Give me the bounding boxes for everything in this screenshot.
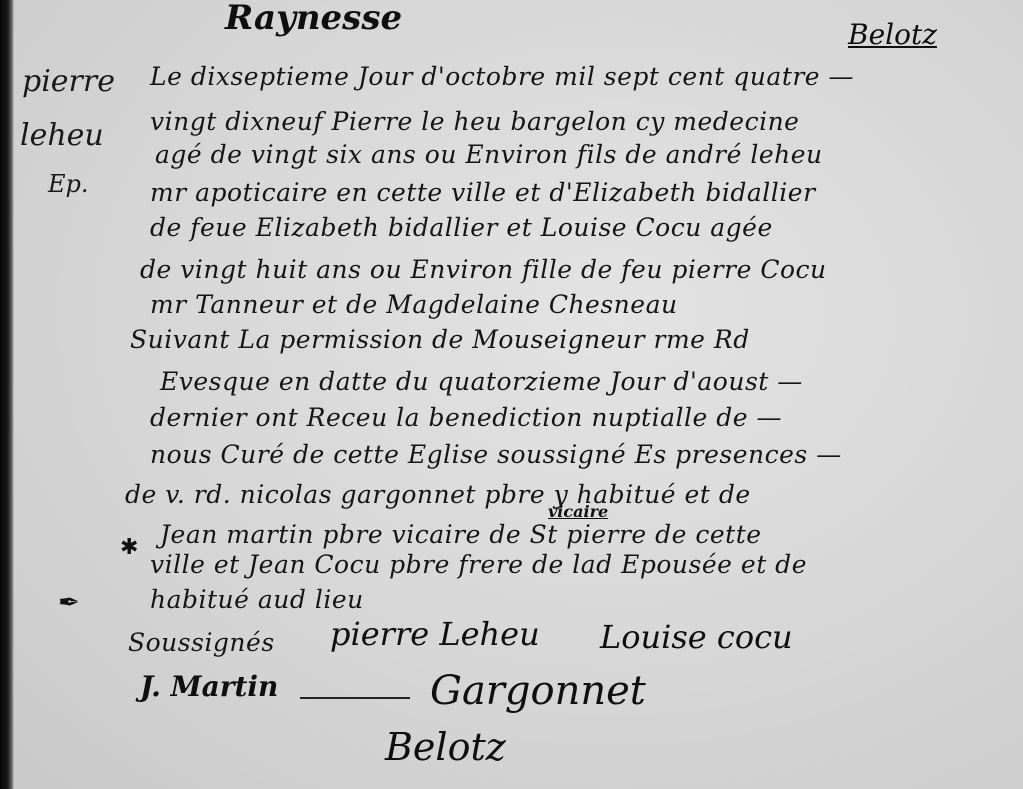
body-line-13: Jean martin pbre vicaire de St pierre de… <box>160 520 762 549</box>
body-line-9: Evesque en datte du quatorzieme Jour d'a… <box>160 367 803 396</box>
body-line-4: mr apoticaire en cette ville et d'Elizab… <box>150 178 816 207</box>
body-line-15: habitué aud lieu <box>150 585 364 614</box>
signature-bride: Louise cocu <box>600 618 793 656</box>
signature-flourish-line <box>300 697 410 699</box>
body-line-8: Suivant La permission de Mouseigneur rme… <box>130 325 750 354</box>
body-line-6: de vingt huit ans ou Environ fille de fe… <box>140 255 827 284</box>
signature-belotz-top: Belotz <box>848 18 937 51</box>
body-line-11: nous Curé de cette Eglise soussigné Es p… <box>150 440 842 469</box>
margin-note-abbrev: Ep. <box>48 170 89 198</box>
body-line-16: Soussignés <box>128 628 275 657</box>
signature-belotz-bottom: Belotz <box>385 725 506 769</box>
signature-martin: J. Martin <box>140 670 278 703</box>
asterisk-mark: ✱ <box>120 535 138 560</box>
margin-note-surname: leheu <box>20 118 104 153</box>
body-line-10: dernier ont Receu la benediction nuptial… <box>150 403 782 432</box>
margin-note-first-name: pierre <box>22 64 115 99</box>
body-line-3: agé de vingt six ans ou Environ fils de … <box>155 140 823 169</box>
ink-blot-mark: ✒ <box>58 588 80 618</box>
body-line-5: de feue Elizabeth bidallier et Louise Co… <box>150 213 773 242</box>
body-line-1: Le dixseptieme Jour d'octobre mil sept c… <box>150 62 854 91</box>
signature-raynesse: Raynesse <box>225 0 402 38</box>
body-line-14: ville et Jean Cocu pbre frere de lad Epo… <box>150 550 807 579</box>
signature-gargonnet: Gargonnet <box>430 668 646 714</box>
body-line-12: de v. rd. nicolas gargonnet pbre y habit… <box>125 480 751 509</box>
binding-edge <box>0 0 14 789</box>
body-line-2: vingt dixneuf Pierre le heu bargelon cy … <box>150 107 799 136</box>
signature-groom: pierre Leheu <box>330 615 540 653</box>
body-line-7: mr Tanneur et de Magdelaine Chesneau <box>150 290 678 319</box>
interlinear-insert: vicaire <box>548 502 608 521</box>
